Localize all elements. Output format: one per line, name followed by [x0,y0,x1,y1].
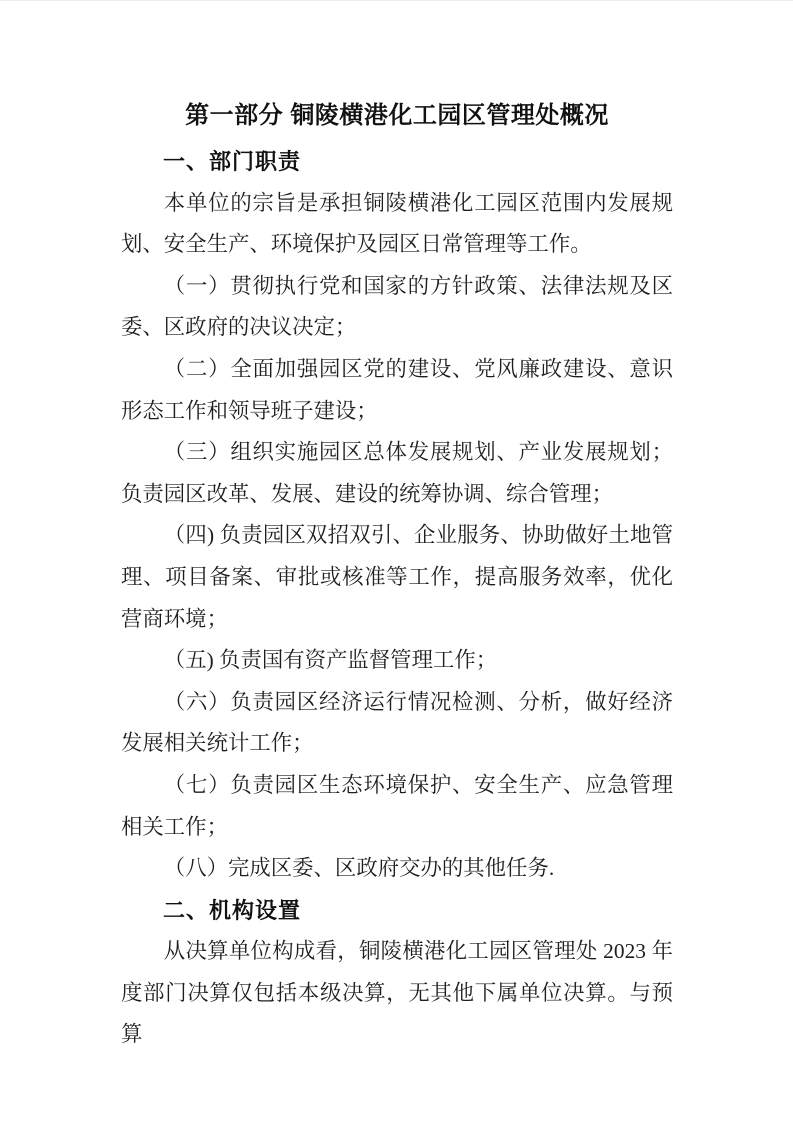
duty-item-5: （五) 负责国有资产监督管理工作； [121,640,673,682]
duty-item-6: （六）负责园区经济运行情况检测、分析，做好经济发展相关统计工作； [121,682,673,765]
duty-item-3: （三）组织实施园区总体发展规划、产业发展规划；负责园区改革、发展、建设的统筹协调… [121,432,673,515]
duty-item-8: （八）完成区委、区政府交办的其他任务. [121,848,673,890]
section-heading-organization: 二、机构设置 [121,890,673,932]
document-page: 第一部分 铜陵横港化工园区管理处概况 一、部门职责 本单位的宗旨是承担铜陵横港化… [0,0,793,1122]
para-organization: 从决算单位构成看，铜陵横港化工园区管理处 2023 年度部门决算仅包括本级决算，… [121,931,673,1056]
section-heading-duties: 一、部门职责 [121,141,673,183]
duty-item-1: （一）贯彻执行党和国家的方针政策、法律法规及区委、区政府的决议决定； [121,266,673,349]
duty-item-2: （二）全面加强园区党的建设、党风廉政建设、意识形态工作和领导班子建设； [121,349,673,432]
para-purpose: 本单位的宗旨是承担铜陵横港化工园区范围内发展规划、安全生产、环境保护及园区日常管… [121,183,673,266]
document-title: 第一部分 铜陵横港化工园区管理处概况 [121,91,673,141]
duty-item-4: （四) 负责园区双招双引、企业服务、协助做好土地管理、项目备案、审批或核准等工作… [121,515,673,640]
duty-item-7: （七）负责园区生态环境保护、安全生产、应急管理相关工作； [121,765,673,848]
